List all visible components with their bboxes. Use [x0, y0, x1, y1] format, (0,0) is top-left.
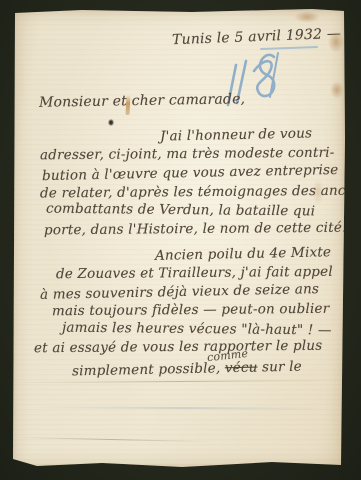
paper-crease [12, 437, 212, 442]
last-line-struck-word: vécu [225, 360, 258, 377]
letter-line: Ancien poilu du 4e Mixte [155, 244, 331, 264]
letter-page: Tunis le 5 avril 1932 — Monsieur et cher… [12, 9, 345, 468]
letter-line: J'ai l'honneur de vous [160, 125, 312, 144]
edge-stain [330, 81, 344, 99]
salutation: Monsieur et cher camarade, [39, 91, 246, 111]
paper-crease [32, 406, 332, 410]
letter-line-last: simplement possible, vécu sur le [72, 359, 302, 380]
letter-line: à mes souvenirs déjà vieux de seize ans [40, 281, 319, 303]
letter-line: jamais les heures vécues "là-haut" ! — [62, 320, 332, 339]
letter-line: de relater, d'après les témoignages des … [40, 183, 361, 202]
last-line-before: simplement possible, [72, 360, 221, 379]
letter-line: et ai essayé de vous les rapporter le pl… [34, 338, 323, 357]
letter-line: de Zouaves et Tirailleurs, j'ai fait app… [56, 264, 333, 282]
letter-line: porte, dans l'Histoire, le nom de cette … [44, 220, 347, 239]
letter-line: bution à l'œuvre que vous avez entrepris… [42, 162, 339, 184]
letter-line: adresser, ci-joint, ma très modeste cont… [40, 145, 335, 164]
letter-line: mais toujours fidèles — peut-on oublier [52, 301, 329, 319]
letter-scan: Tunis le 5 avril 1932 — Monsieur et cher… [0, 0, 361, 480]
letter-line: combattants de Verdun, la bataille qui [46, 201, 315, 220]
paper-crease [12, 380, 345, 383]
dateline: Tunis le 5 avril 1932 — [172, 26, 342, 48]
edge-stain [294, 11, 320, 23]
last-line-after: sur le [262, 359, 302, 376]
paper-speck [108, 119, 114, 126]
